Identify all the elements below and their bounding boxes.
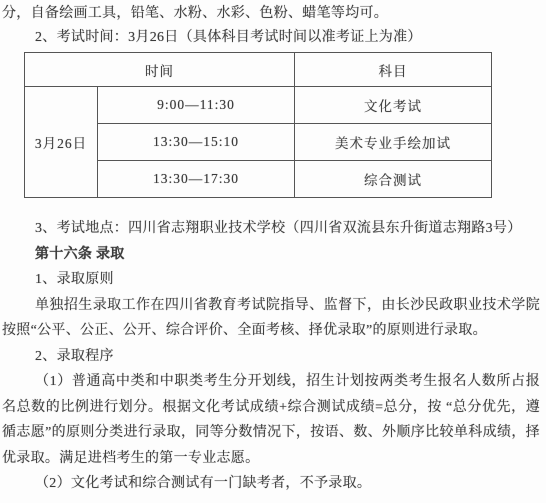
paragraph-exam-time: 2、考试时间：3月26日（具体科目考试时间以准考证上为准）	[2, 26, 540, 50]
paragraph-procedure-item-2: （2）文化考试和综合测试有一门缺考者，不予录取。	[2, 471, 540, 497]
subject-cell: 文化考试	[295, 87, 492, 124]
time-cell: 13:30—15:10	[98, 124, 295, 161]
paragraph-principle-body: 单独招生录取工作在四川省教育考试院指导、监督下，由长沙民政职业技术学院按照“公平…	[2, 293, 540, 344]
time-cell: 9:00—11:30	[98, 87, 295, 124]
paragraph-procedure-title: 2、录取程序	[2, 344, 540, 370]
date-cell: 3月26日	[25, 87, 98, 198]
header-cell-time: 时间	[25, 53, 295, 87]
table-header-row: 时间 科目	[25, 53, 492, 87]
subject-cell: 美术专业手绘加试	[295, 124, 492, 161]
paragraph-principle-title: 1、录取原则	[2, 267, 540, 293]
time-cell: 13:30—17:30	[98, 161, 295, 198]
paragraph-procedure-item-1: （1）普通高中类和中职类考生分开划线，招生计划按两类考生报名人数所占报名总数的比…	[2, 369, 540, 471]
subject-cell: 综合测试	[295, 161, 492, 198]
table-row: 3月26日 9:00—11:30 文化考试	[25, 87, 492, 124]
header-cell-subject: 科目	[295, 53, 492, 87]
paragraph-exam-location: 3、考试地点：四川省志翔职业技术学校（四川省双流县东升街道志翔路3号）	[2, 216, 540, 242]
heading-article-16-admission: 第十六条 录取	[2, 242, 540, 268]
paragraph-tools-continuation: 分，自备绘画工具，铅笔、水粉、水彩、色粉、蜡笔等均可。	[2, 2, 540, 26]
document-page: 分，自备绘画工具，铅笔、水粉、水彩、色粉、蜡笔等均可。 2、考试时间：3月26日…	[0, 0, 546, 497]
exam-schedule-table: 时间 科目 3月26日 9:00—11:30 文化考试 13:30—15:10 …	[24, 52, 492, 198]
